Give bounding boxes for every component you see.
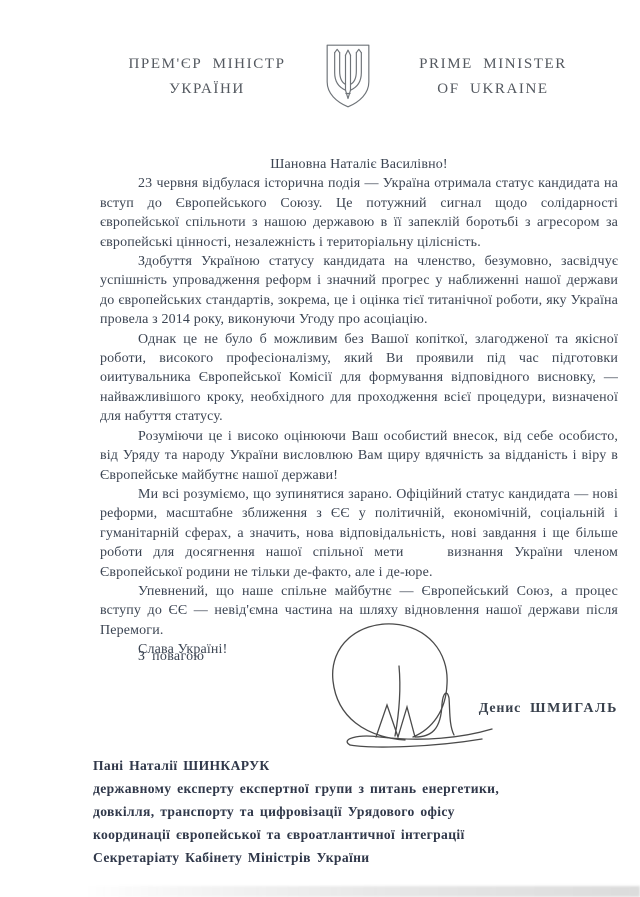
letterhead-english-title: PRIME MINISTER OF UKRAINE <box>406 52 580 102</box>
recipient-line: державному експерту експертної групи з п… <box>93 777 573 800</box>
paragraph: 23 червня відбулася історична подія — Ук… <box>100 174 618 252</box>
salutation: Шановна Наталіє Василівно! <box>100 155 618 174</box>
scan-shadow-artifact <box>85 886 640 897</box>
letterhead-uk-line1: ПРЕМ'ЄР МІНІСТР <box>98 52 316 77</box>
letter-page: ПРЕМ'ЄР МІНІСТР УКРАЇНИ PRIME MINISTER <box>0 0 640 897</box>
letterhead-en-line1: PRIME MINISTER <box>406 52 580 77</box>
recipient-line: Секретаріату Кабінету Міністрів України <box>93 846 573 869</box>
letter-body: Шановна Наталіє Василівно! 23 червня від… <box>100 155 618 660</box>
paragraph: Однак це не було б можливим без Вашої ко… <box>100 330 618 427</box>
paragraph: Розуміючи це і високо оцінюючи Ваш особи… <box>100 427 618 485</box>
signature-icon <box>310 618 506 752</box>
signer-name: ДенисШМИГАЛЬ <box>479 701 618 717</box>
signer-last-name: ШМИГАЛЬ <box>530 701 618 716</box>
paragraph: Ми всі розуміємо, що зупинятися зарано. … <box>100 485 618 582</box>
signer-first-name: Денис <box>479 701 521 716</box>
recipient-block: Пані Наталії ШИНКАРУК державному експерт… <box>93 754 573 869</box>
recipient-line: координації європейської та євроатлантич… <box>93 823 573 846</box>
closing-valediction: З повагою <box>138 649 204 665</box>
letterhead-en-line2: OF UKRAINE <box>406 77 580 102</box>
recipient-line: Пані Наталії ШИНКАРУК <box>93 754 573 777</box>
letterhead-ukrainian-title: ПРЕМ'ЄР МІНІСТР УКРАЇНИ <box>98 52 316 102</box>
paragraph: Здобуття Україною статусу кандидата на ч… <box>100 252 618 330</box>
letterhead-uk-line2: УКРАЇНИ <box>98 77 316 102</box>
recipient-line: довкілля, транспорту та цифровізації Уря… <box>93 800 573 823</box>
coat-of-arms-icon <box>323 39 373 113</box>
